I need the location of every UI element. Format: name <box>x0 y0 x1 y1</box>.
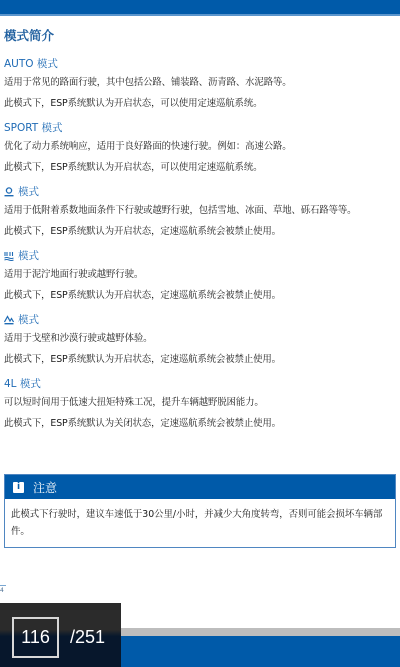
paragraph: 适用于戈壁和沙漠行驶或越野体验。 <box>4 332 396 345</box>
paragraph: 此模式下，ESP系统默认为开启状态，定速巡航系统会被禁止使用。 <box>4 289 396 302</box>
paragraph: 此模式下，ESP系统默认为开启状态，可以使用定速巡航系统。 <box>4 97 396 110</box>
section-title: 模式 <box>4 184 396 200</box>
page-indicator: 116 /251 <box>0 603 121 667</box>
snow-grass-icon <box>4 187 14 197</box>
section-auto: AUTO 模式 适用于常见的路面行驶，其中包括公路、铺装路、沥青路、水泥路等。 … <box>4 56 396 110</box>
note-header: i 注意 <box>5 475 395 499</box>
section-4l: 4L 模式 可以短时间用于低速大扭矩特殊工况，提升车辆越野脱困能力。 此模式下，… <box>4 376 396 430</box>
page-title: 模式简介 <box>4 26 396 46</box>
bottom-bar <box>121 636 400 667</box>
section-title: 4L 模式 <box>4 376 396 392</box>
section-title: SPORT 模式 <box>4 120 396 136</box>
paragraph: 适用于低附着系数地面条件下行驶或越野行驶，包括雪地、冰面、草地、砾石路等等。 <box>4 204 396 217</box>
current-page-input[interactable]: 116 <box>12 617 59 658</box>
section-title: 模式 <box>4 248 396 264</box>
scrollbar-track[interactable] <box>121 628 400 636</box>
top-bar-divider <box>0 14 400 16</box>
top-bar <box>0 0 400 14</box>
paragraph: 此模式下，ESP系统默认为开启状态，定速巡航系统会被禁止使用。 <box>4 225 396 238</box>
document-content: 模式简介 AUTO 模式 适用于常见的路面行驶，其中包括公路、铺装路、沥青路、水… <box>4 26 396 430</box>
note-body: 此模式下行驶时，建议车速低于30公里/小时，并减少大角度转弯，否则可能会损坏车辆… <box>5 499 395 547</box>
mud-icon <box>4 251 14 261</box>
section-sport: SPORT 模式 优化了动力系统响应，适用于良好路面的快速行驶。例如：高速公路。… <box>4 120 396 174</box>
page-marker-line <box>0 585 6 586</box>
paragraph: 此模式下，ESP系统默认为开启状态，定速巡航系统会被禁止使用。 <box>4 353 396 366</box>
page-marker: 4 <box>0 585 6 594</box>
paragraph: 此模式下，ESP系统默认为开启状态，可以使用定速巡航系统。 <box>4 161 396 174</box>
caution-note: i 注意 此模式下行驶时，建议车速低于30公里/小时，并减少大角度转弯，否则可能… <box>4 474 396 548</box>
section-sand: 模式 适用于戈壁和沙漠行驶或越野体验。 此模式下，ESP系统默认为开启状态，定速… <box>4 312 396 366</box>
sand-icon <box>4 315 14 325</box>
paragraph: 可以短时间用于低速大扭矩特殊工况，提升车辆越野脱困能力。 <box>4 396 396 409</box>
paragraph: 优化了动力系统响应，适用于良好路面的快速行驶。例如：高速公路。 <box>4 140 396 153</box>
section-snow-grass: 模式 适用于低附着系数地面条件下行驶或越野行驶，包括雪地、冰面、草地、砾石路等等… <box>4 184 396 238</box>
section-title: AUTO 模式 <box>4 56 396 72</box>
note-title: 注意 <box>33 479 57 496</box>
total-pages: /251 <box>70 617 105 658</box>
paragraph: 适用于常见的路面行驶，其中包括公路、铺装路、沥青路、水泥路等。 <box>4 76 396 89</box>
section-title: 模式 <box>4 312 396 328</box>
paragraph: 适用于泥泞地面行驶或越野行驶。 <box>4 268 396 281</box>
info-icon: i <box>13 482 24 493</box>
section-mud: 模式 适用于泥泞地面行驶或越野行驶。 此模式下，ESP系统默认为开启状态，定速巡… <box>4 248 396 302</box>
paragraph: 此模式下，ESP系统默认为关闭状态，定速巡航系统会被禁止使用。 <box>4 417 396 430</box>
